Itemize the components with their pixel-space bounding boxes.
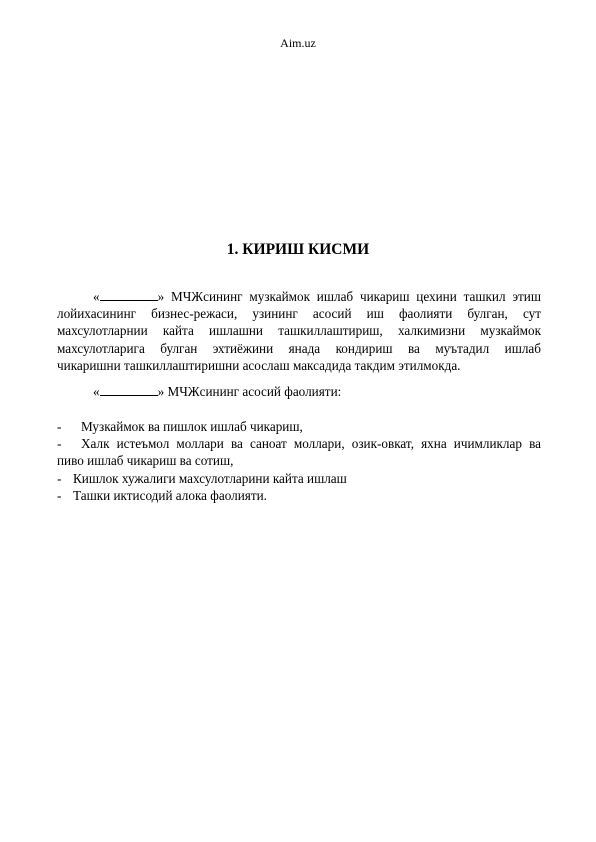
activities-list: -Музкаймок ва пишлок ишлаб чикариш, -Хал…: [57, 418, 541, 504]
company-name-blank: [100, 289, 158, 301]
list-item: -Кишлок хужалиги махсулотларини кайта иш…: [57, 470, 541, 487]
intro-first-line: «» МЧЖсининг музкаймок ишлаб чикариш цех…: [57, 288, 541, 305]
page-header: Aim.uz: [0, 36, 596, 50]
open-quote: «: [93, 289, 100, 304]
list-item-text: Кишлок хужалиги махсулотларини кайта ишл…: [73, 471, 347, 486]
intro-line: лойихасининг бизнес-режаси, узининг асос…: [57, 305, 541, 322]
list-item-text: Музкаймок ва пишлок ишлаб чикариш,: [81, 419, 303, 434]
list-item-continuation: пиво ишлаб чикариш ва сотиш,: [57, 453, 233, 468]
list-item: -Халк истеъмол моллари ва саноат моллари…: [57, 435, 541, 469]
list-item: -Ташки иктисодий алока фаолияти.: [57, 487, 541, 504]
list-item-text: Халк истеъмол моллари ва саноат моллари,…: [81, 436, 541, 451]
list-item: -Музкаймок ва пишлок ишлаб чикариш,: [57, 418, 541, 435]
dash-bullet: -: [57, 418, 81, 435]
company-name-blank: [100, 384, 158, 396]
dash-bullet: -: [57, 470, 73, 487]
intro-first-line-text: » МЧЖсининг музкаймок ишлаб чикариш цехи…: [158, 289, 541, 304]
section-title: 1. КИРИШ КИСМИ: [0, 241, 596, 259]
activities-intro: «» МЧЖсининг асосий фаолияти:: [57, 383, 541, 400]
intro-line: махсулотларига булган эхтиёжини янада ко…: [57, 340, 541, 357]
dash-bullet: -: [57, 487, 73, 504]
activities-intro-text: » МЧЖсининг асосий фаолияти:: [158, 384, 342, 399]
intro-line: махсулотларнии кайта ишлашни ташкиллашти…: [57, 322, 541, 339]
list-item-first-line: -Халк истеъмол моллари ва саноат моллари…: [57, 435, 541, 452]
open-quote: «: [93, 384, 100, 399]
intro-paragraph: «» МЧЖсининг музкаймок ишлаб чикариш цех…: [57, 288, 541, 374]
list-item-text: Ташки иктисодий алока фаолияти.: [73, 488, 267, 503]
intro-line: чикаришни ташкиллаштиришни асослаш макса…: [57, 357, 541, 374]
dash-bullet: -: [57, 435, 81, 452]
